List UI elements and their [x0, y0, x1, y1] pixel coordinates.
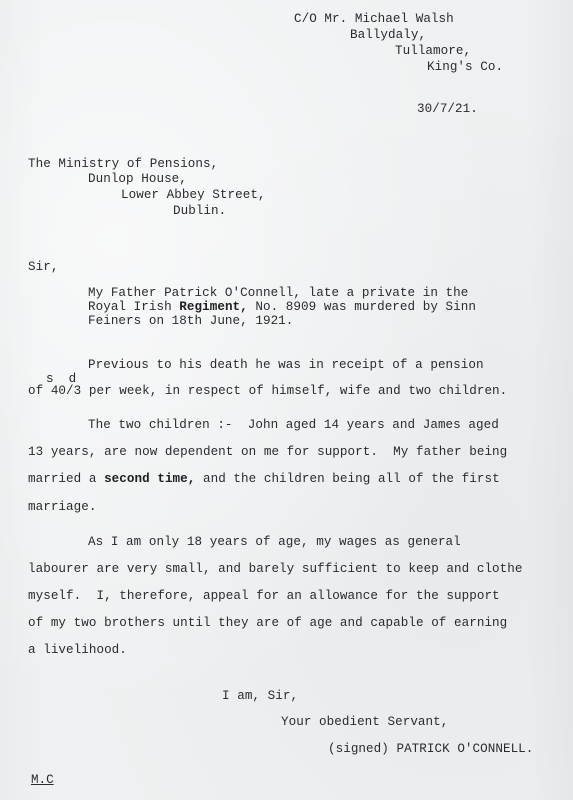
salutation: Sir, [28, 260, 58, 274]
sender-address-line: C/O Mr. Michael Walsh [294, 12, 454, 26]
emphasized-text: second time, [104, 472, 195, 486]
sender-address-line: King's Co. [427, 60, 503, 74]
paragraph-line: Royal Irish Regiment, No. 8909 was murde… [88, 300, 476, 314]
sender-address-line: Tullamore, [395, 44, 471, 58]
emphasized-text: Regiment, [179, 300, 247, 314]
paragraph-line: of 40/3 per week, in respect of himself,… [28, 384, 507, 398]
recipient-address-line: Lower Abbey Street, [121, 188, 266, 202]
paragraph-line: of my two brothers until they are of age… [28, 616, 507, 630]
typist-initials: M.C [31, 773, 54, 787]
signature-line: (signed) PATRICK O'CONNELL. [328, 742, 533, 756]
sender-address-line: Ballydaly, [350, 28, 426, 42]
paragraph-line: myself. I, therefore, appeal for an allo… [28, 589, 500, 603]
recipient-address-line: The Ministry of Pensions, [28, 157, 218, 171]
recipient-address-line: Dublin. [173, 204, 226, 218]
paragraph-line: Previous to his death he was in receipt … [88, 358, 484, 372]
closing-line: Your obedient Servant, [281, 715, 448, 729]
paper-shading [0, 0, 573, 800]
paragraph-line: labourer are very small, and barely suff… [28, 562, 523, 576]
text-segment: Royal Irish [88, 300, 179, 314]
paragraph-line: a livelihood. [28, 643, 127, 657]
paragraph-line: 13 years, are now dependent on me for su… [28, 445, 507, 459]
paragraph-line: The two children :- John aged 14 years a… [88, 418, 499, 432]
letter-date: 30/7/21. [417, 102, 478, 116]
typewritten-letter: C/O Mr. Michael Walsh Ballydaly, Tullamo… [0, 0, 573, 800]
paragraph-line: Feiners on 18th June, 1921. [88, 314, 293, 328]
paragraph-line: As I am only 18 years of age, my wages a… [88, 535, 461, 549]
recipient-address-line: Dunlop House, [88, 172, 187, 186]
paragraph-line: marriage. [28, 500, 96, 514]
text-segment: married a [28, 472, 104, 486]
paragraph-line: My Father Patrick O'Connell, late a priv… [88, 286, 468, 300]
text-segment: and the children being all of the first [195, 472, 499, 486]
closing-line: I am, Sir, [222, 689, 298, 703]
paragraph-line: married a second time, and the children … [28, 472, 500, 486]
text-segment: No. 8909 was murdered by Sinn [248, 300, 476, 314]
